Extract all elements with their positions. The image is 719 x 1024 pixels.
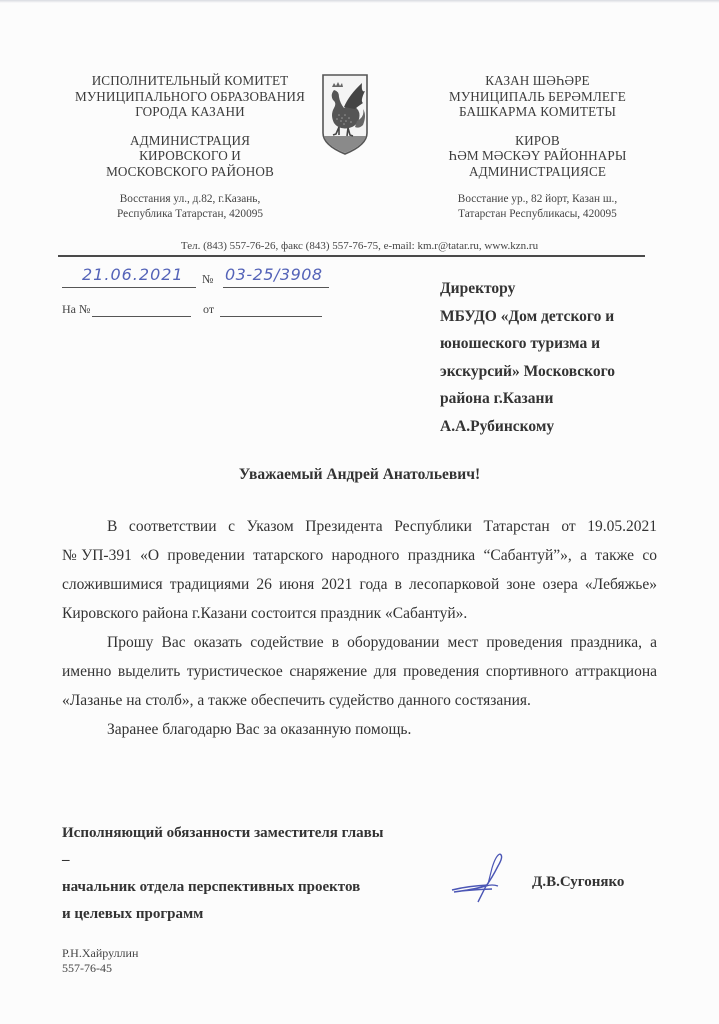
- salutation: Уважаемый Андрей Анатольевич!: [0, 466, 719, 484]
- reply-reference-row: На № от: [62, 302, 327, 320]
- signatory-title-line: начальник отдела перспективных проектов: [62, 874, 392, 901]
- org-line: ГОРОДА КАЗАНИ: [40, 104, 340, 120]
- admin-line: КИРОВ: [415, 133, 660, 149]
- letterhead-left: ИСПОЛНИТЕЛЬНЫЙ КОМИТЕТ МУНИЦИПАЛЬНОГО ОБ…: [40, 73, 340, 221]
- admin-line: АДМИНИСТРАЦИЯ: [40, 133, 340, 149]
- addressee-line: юношеского туризма и: [440, 330, 670, 358]
- addressee-line: МБУДО «Дом детского и: [440, 303, 670, 331]
- addressee-line: экскурсий» Московского: [440, 358, 670, 386]
- signatory-title-line: и целевых программ: [62, 901, 392, 928]
- addressee-line: района г.Казани: [440, 385, 670, 413]
- handwritten-signature-icon: [448, 852, 518, 904]
- admin-line: ҺӘМ МӘСКӘҮ РАЙОННАРЫ: [415, 148, 660, 164]
- admin-line: МОСКОВСКОГО РАЙОНОВ: [40, 164, 340, 180]
- letter-page: ИСПОЛНИТЕЛЬНЫЙ КОМИТЕТ МУНИЦИПАЛЬНОГО ОБ…: [0, 0, 719, 1024]
- signatory-name: Д.В.Сугоняко: [532, 874, 624, 891]
- reply-from-label: от: [203, 302, 214, 317]
- org-line: КАЗАН ШӘҺӘРЕ: [415, 73, 660, 89]
- body-paragraph: Заранее благодарю Вас за оказанную помощ…: [62, 715, 657, 744]
- address-line: Республика Татарстан, 420095: [40, 207, 340, 222]
- registration-row: 21.06.2021 № 03-25/3908: [62, 267, 327, 289]
- addressee-line: Директору: [440, 275, 670, 303]
- org-line: МУНИЦИПАЛЬ БЕРӘМЛЕГЕ: [415, 89, 660, 105]
- addressee-line: А.А.Рубинскому: [440, 413, 670, 441]
- org-line: ИСПОЛНИТЕЛЬНЫЙ КОМИТЕТ: [40, 73, 340, 89]
- contact-info: Тел. (843) 557-76-26, факс (843) 557-76-…: [0, 240, 719, 252]
- admin-line: КИРОВСКОГО И: [40, 148, 340, 164]
- body-paragraph: Прошу Вас оказать содействие в оборудова…: [62, 628, 657, 715]
- number-underline: [223, 287, 329, 288]
- coat-of-arms-icon: [319, 73, 371, 156]
- number-label: №: [202, 272, 213, 287]
- signatory-title-line: Исполняющий обязанности заместителя глав…: [62, 820, 392, 874]
- signatory-title: Исполняющий обязанности заместителя глав…: [62, 820, 392, 928]
- reply-number-underline: [92, 316, 191, 317]
- reply-to-label: На №: [62, 302, 90, 317]
- addressee-block: Директору МБУДО «Дом детского и юношеско…: [440, 275, 670, 440]
- org-line: БАШКАРМА КОМИТЕТЫ: [415, 104, 660, 120]
- executor-block: Р.Н.Хайруллин 557-76-45: [62, 946, 138, 975]
- date-underline: [62, 287, 196, 288]
- executor-name: Р.Н.Хайруллин: [62, 946, 138, 961]
- address-line: Восстания ул., д.82, г.Казань,: [40, 192, 340, 207]
- handwritten-date: 21.06.2021: [82, 265, 184, 284]
- address-line: Татарстан Республикасы, 420095: [415, 207, 660, 222]
- letter-body: В соответствии с Указом Президента Респу…: [62, 512, 657, 744]
- admin-line: АДМИНИСТРАЦИЯСЕ: [415, 164, 660, 180]
- executor-phone: 557-76-45: [62, 961, 138, 976]
- letterhead-right: КАЗАН ШӘҺӘРЕ МУНИЦИПАЛЬ БЕРӘМЛЕГЕ БАШКАР…: [415, 73, 660, 221]
- letterhead-divider: [58, 255, 645, 257]
- org-line: МУНИЦИПАЛЬНОГО ОБРАЗОВАНИЯ: [40, 89, 340, 105]
- reply-date-underline: [220, 316, 322, 317]
- address-line: Восстание ур., 82 йорт, Казан ш.,: [415, 192, 660, 207]
- body-paragraph: В соответствии с Указом Президента Респу…: [62, 512, 657, 628]
- page-edge: [0, 0, 719, 3]
- handwritten-number: 03-25/3908: [225, 265, 323, 284]
